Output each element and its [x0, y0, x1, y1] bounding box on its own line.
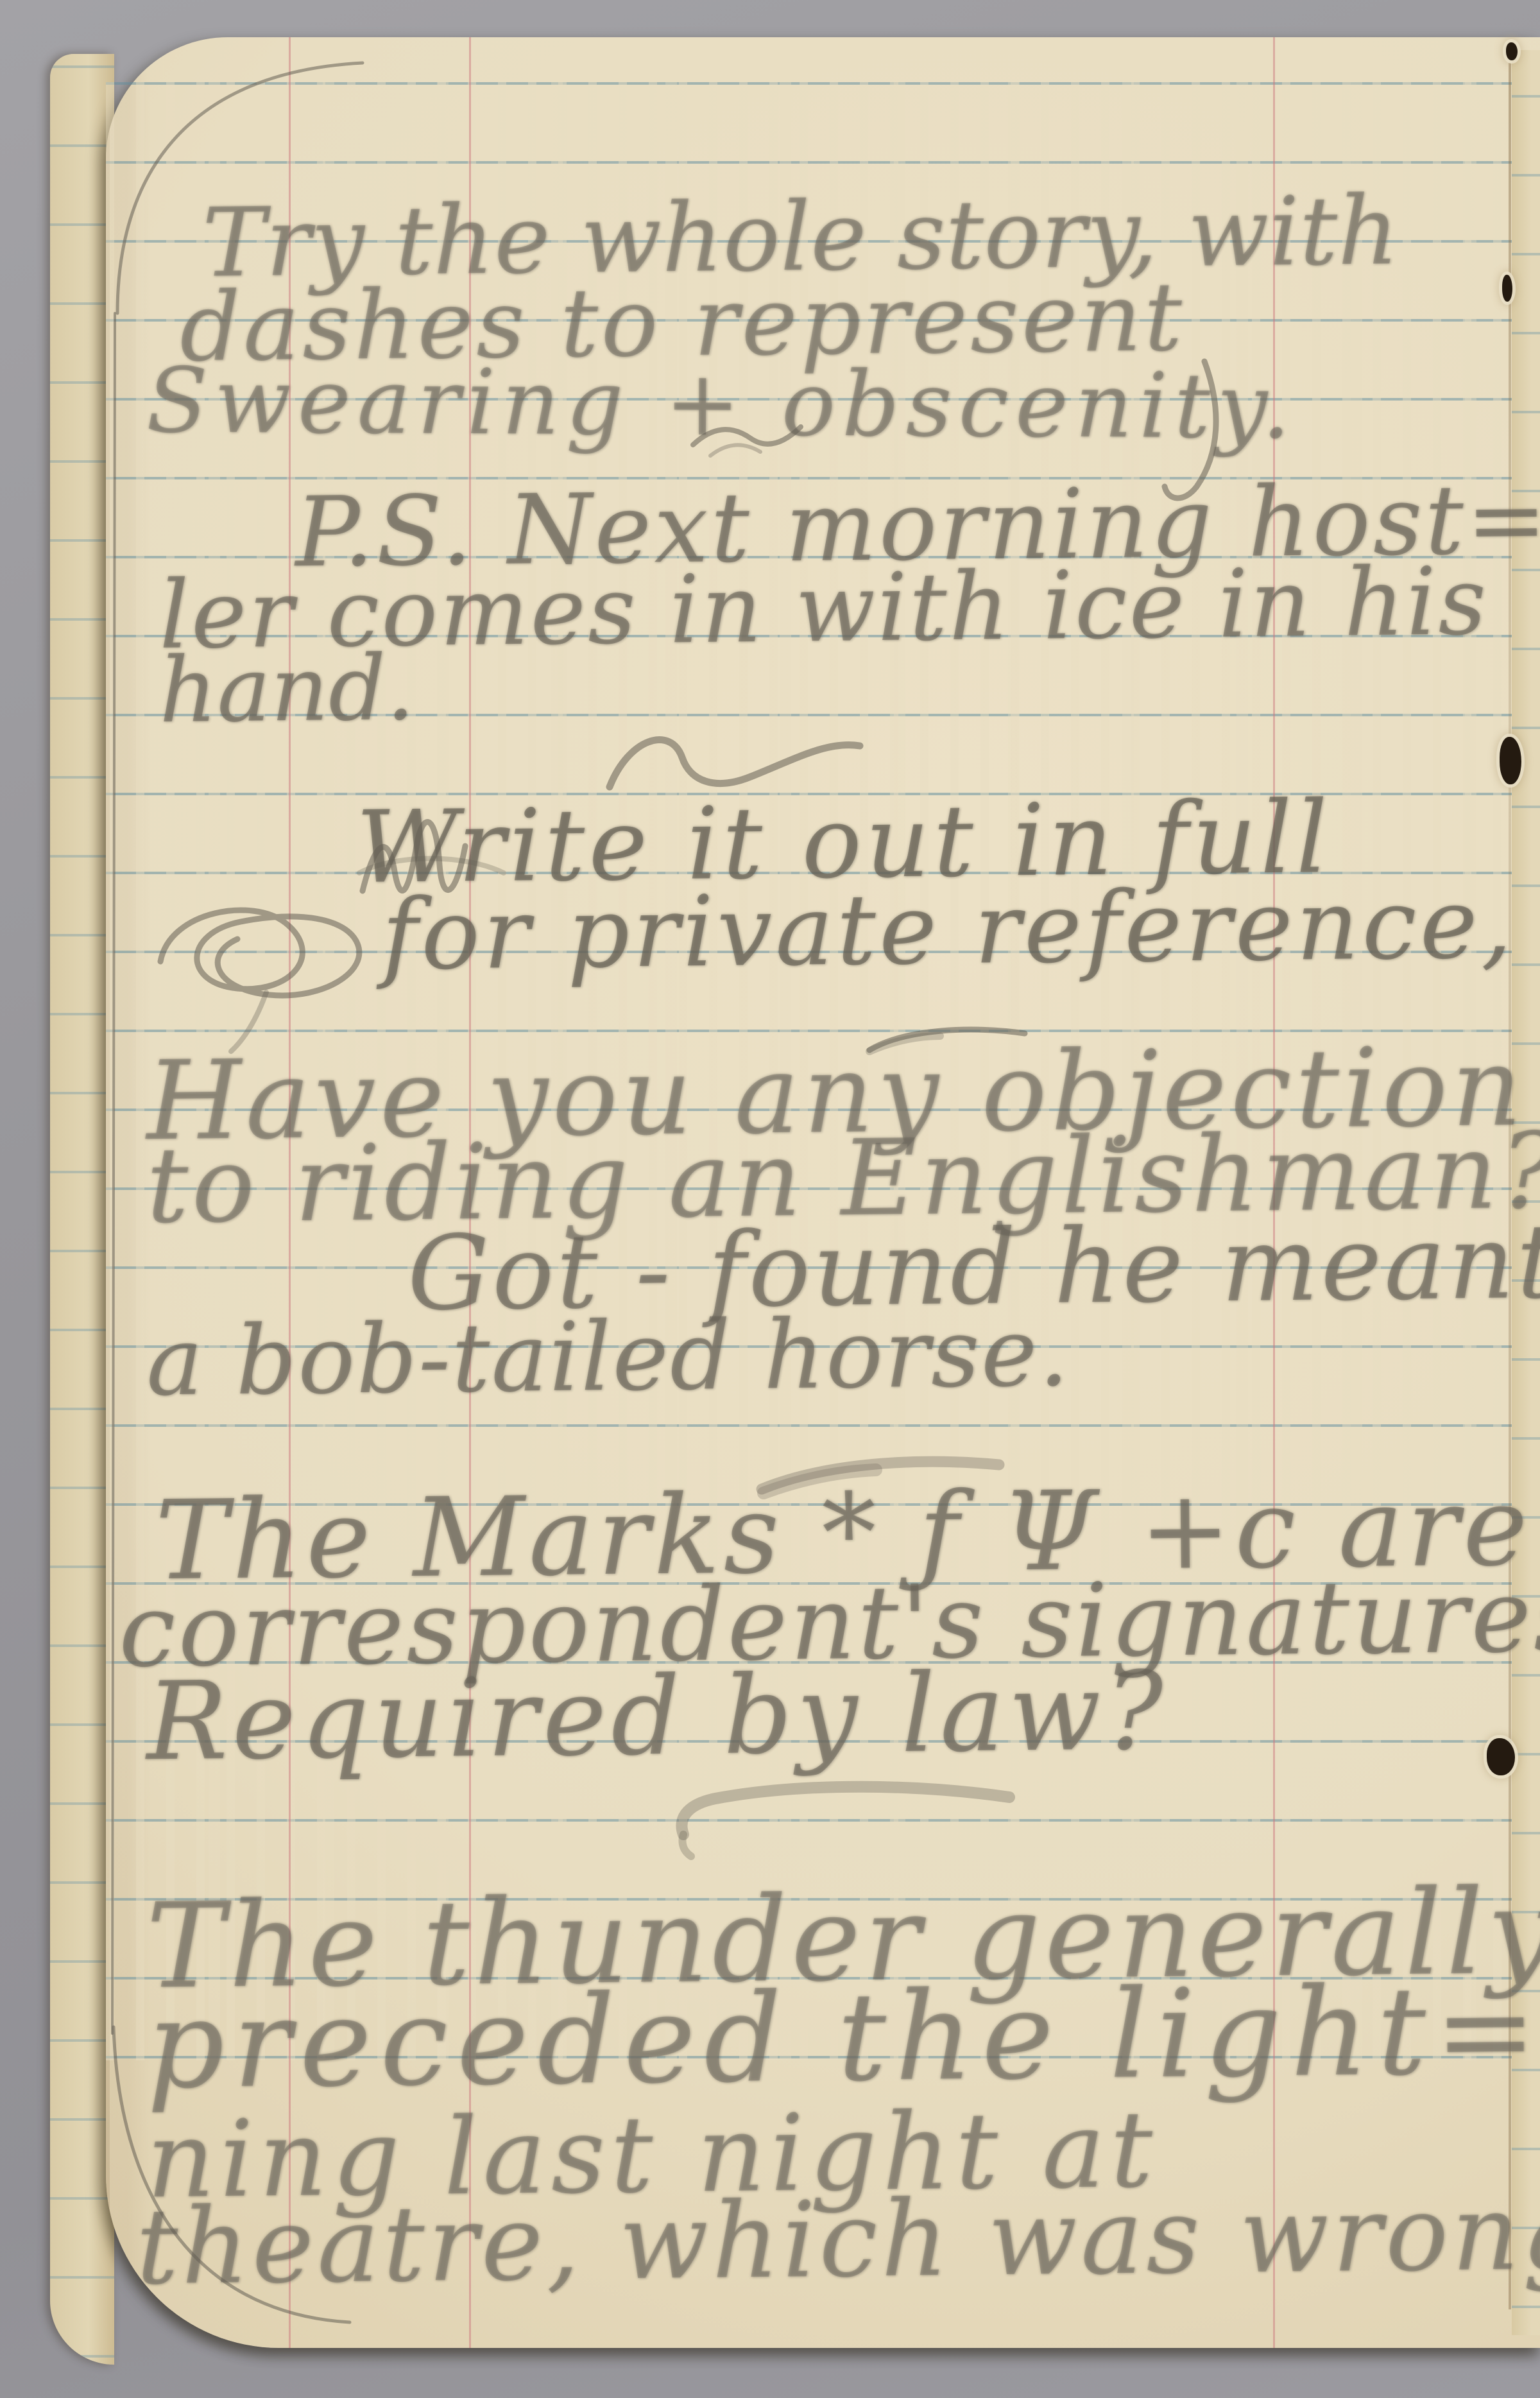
pencil-marks-overlay	[106, 37, 1540, 2348]
underlying-page-edge-left	[50, 54, 114, 2365]
dash-divider-curved	[681, 1787, 1009, 1834]
scribble-struck-word	[231, 992, 266, 1051]
scribble-struck-word	[160, 910, 359, 996]
left-edge-crease	[112, 313, 115, 2033]
dash-divider	[869, 1036, 940, 1051]
dash-divider	[764, 1470, 876, 1493]
scanned-notebook-photo: Try the whole story, with dashes to repr…	[0, 0, 1540, 2398]
notebook-page: Try the whole story, with dashes to repr…	[106, 37, 1540, 2348]
scribble-overwrite	[359, 859, 504, 874]
descender-flourish	[1165, 361, 1216, 498]
corner-crease-bottom-left	[114, 2027, 350, 2322]
squiggle-large-divider	[610, 740, 860, 787]
corner-crease-top-left	[117, 63, 363, 313]
squiggle-small-divider	[710, 445, 760, 456]
scribble-overwrite	[363, 822, 465, 891]
squiggle-small-divider	[693, 427, 801, 445]
